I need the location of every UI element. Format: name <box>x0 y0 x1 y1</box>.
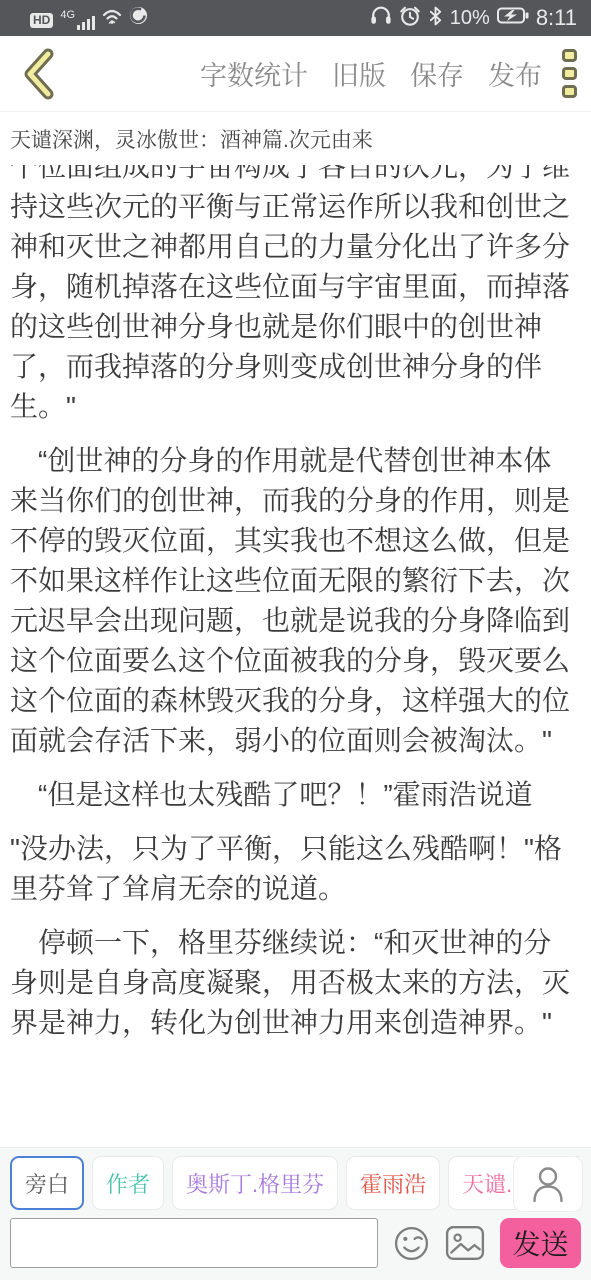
input-row: 发送 <box>10 1218 581 1268</box>
role-chip-griffin[interactable]: 奥斯丁.格里芬 <box>172 1156 338 1210</box>
image-icon[interactable] <box>445 1225 485 1261</box>
story-paragraph: “但是这样也太残酷了吧？！”霍雨浩说道 <box>10 775 581 815</box>
publish-button[interactable]: 发布 <box>488 54 542 93</box>
person-icon <box>531 1165 565 1203</box>
chapter-title-bar: 天谴深渊，灵冰傲世：酒神篇.次元由来 <box>0 112 591 165</box>
status-left: HD 4G <box>30 6 148 30</box>
back-button[interactable] <box>20 48 58 100</box>
headset-icon <box>370 5 392 31</box>
story-paragraph: 停顿一下，格里芬继续说：“和灭世神的分 身则是自身高度凝聚，用否极太来的方法，灭… <box>10 923 581 1043</box>
send-button[interactable]: 发送 <box>500 1218 581 1268</box>
save-button[interactable]: 保存 <box>410 54 464 93</box>
toolbar: 字数统计 旧版 保存 发布 <box>0 36 591 112</box>
story-content[interactable]: 个位面组成的宇宙构成了各自的次元，为了维 持这些次元的平衡与正常运作所以我和创世… <box>0 165 591 1147</box>
word-count-button[interactable]: 字数统计 <box>200 54 308 93</box>
status-bar: HD 4G <box>0 0 591 36</box>
signal-strength-icon: 4G <box>60 10 95 30</box>
role-chip-huoyuhao[interactable]: 霍雨浩 <box>346 1156 440 1210</box>
role-chip-author[interactable]: 作者 <box>92 1156 164 1210</box>
emoji-icon[interactable] <box>393 1225 430 1262</box>
character-manager-button[interactable] <box>513 1156 583 1212</box>
app-screen: HD 4G <box>0 0 591 1280</box>
menu-icon[interactable] <box>562 49 577 98</box>
clock-label: 8:11 <box>536 5 577 31</box>
bluetooth-icon <box>428 5 443 32</box>
message-input[interactable] <box>10 1218 378 1268</box>
alarm-icon <box>399 5 421 32</box>
hd-icon: HD <box>30 13 53 28</box>
data-saver-icon <box>129 6 148 30</box>
network-type-label: 4G <box>60 10 75 21</box>
story-paragraph: 个位面组成的宇宙构成了各自的次元，为了维 持这些次元的平衡与正常运作所以我和创世… <box>10 165 581 427</box>
story-paragraph: “创世神的分身的作用就是代替创世神本体 来当你们的创世神，而我的分身的作用，则是… <box>10 441 581 761</box>
status-right: 10% 8:11 <box>370 5 577 32</box>
role-chips: 旁白 作者 奥斯丁.格里芬 霍雨浩 天谴.霍 <box>10 1156 581 1210</box>
chapter-title: 天谴深渊，灵冰傲世：酒神篇.次元由来 <box>10 124 373 154</box>
role-chip-narrator[interactable]: 旁白 <box>10 1156 84 1210</box>
composer-bar: 旁白 作者 奥斯丁.格里芬 霍雨浩 天谴.霍 <box>0 1147 591 1280</box>
story-paragraph: "没办法，只为了平衡，只能这么残酷啊！"格 里芬耸了耸肩无奈的说道。 <box>10 829 581 909</box>
wifi-icon <box>102 8 122 30</box>
battery-percent-label: 10% <box>450 7 490 30</box>
toolbar-actions: 字数统计 旧版 保存 发布 <box>200 54 542 93</box>
old-version-button[interactable]: 旧版 <box>332 54 386 93</box>
signal-bars-icon <box>77 16 95 30</box>
battery-charging-icon <box>497 7 529 29</box>
